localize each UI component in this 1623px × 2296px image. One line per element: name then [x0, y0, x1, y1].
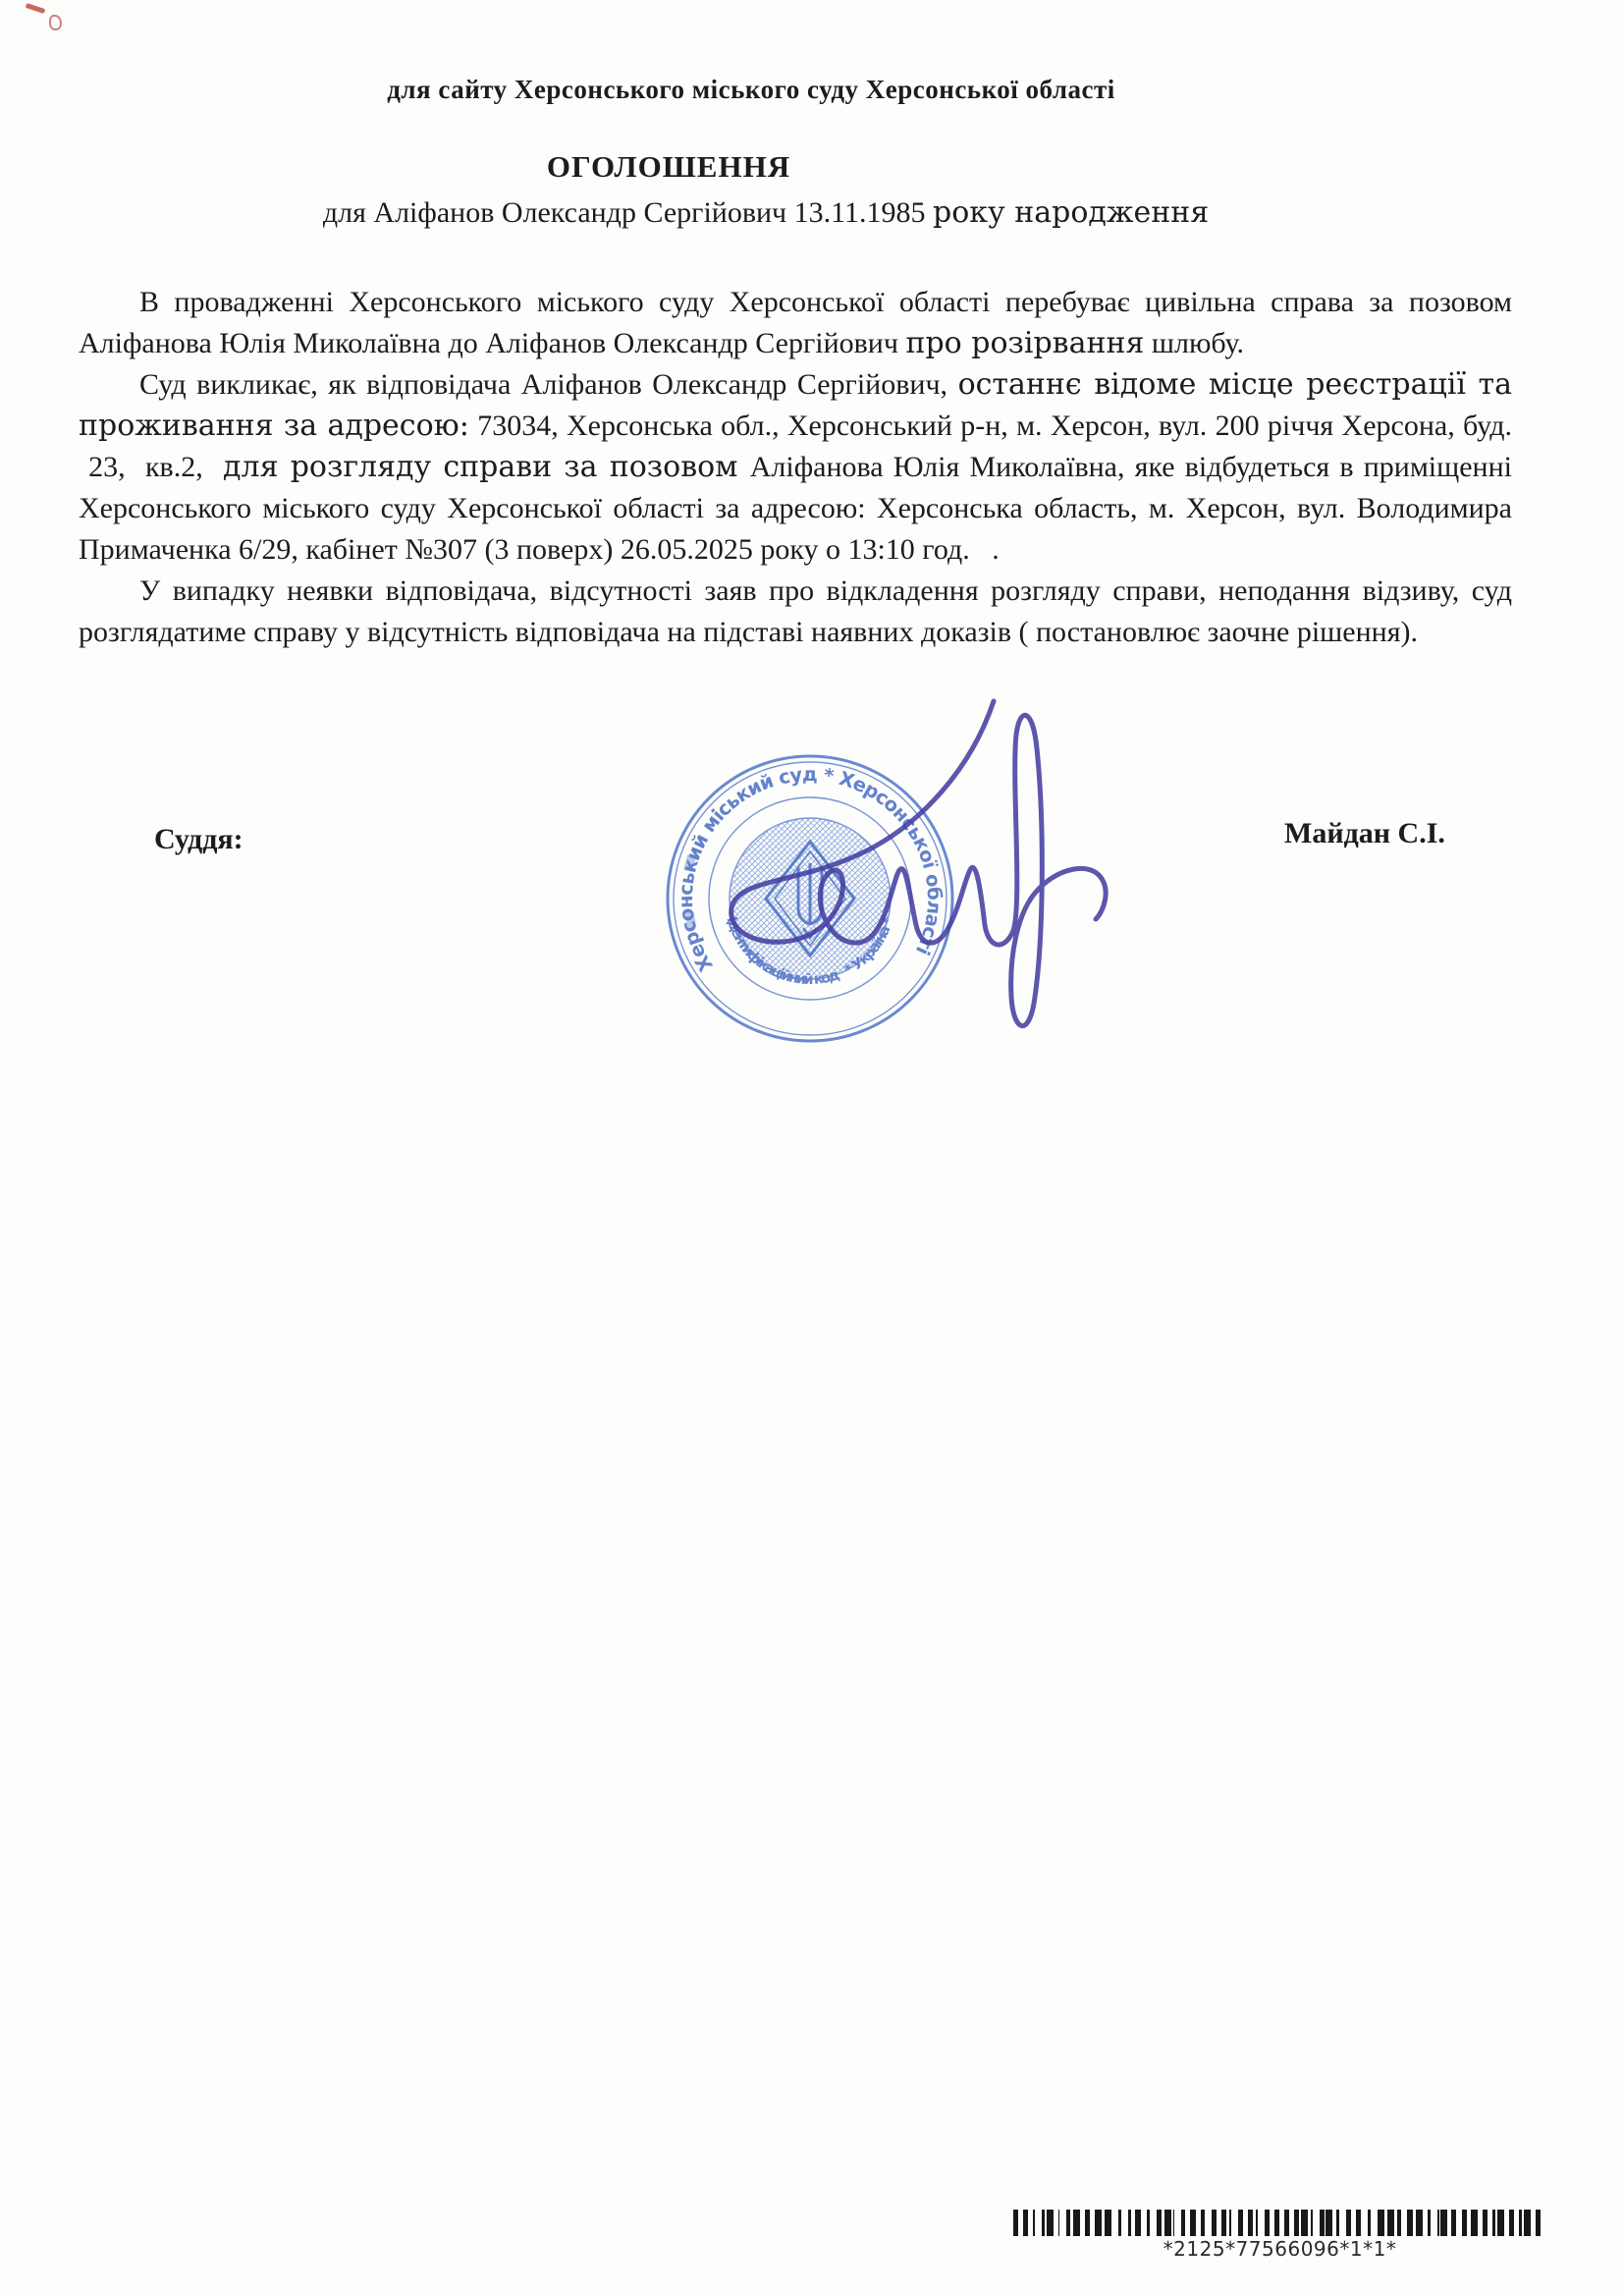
barcode-bar	[1135, 2210, 1142, 2236]
text-run: У випадку неявки відповідача, відсутност…	[79, 574, 1512, 648]
barcode-bar	[1524, 2210, 1531, 2236]
text-run: Суд викликає, як відповідача Аліфанов Ол…	[139, 368, 958, 401]
doc-header: для сайту Херсонського міського суду Хер…	[0, 75, 1502, 105]
barcode-space	[1431, 2210, 1437, 2236]
doc-title: ОГОЛОШЕННЯ	[0, 149, 1337, 185]
barcode-space	[1541, 2210, 1545, 2236]
document-page: для сайту Херсонського міського суду Хер…	[0, 0, 1623, 2296]
barcode-bar	[1471, 2210, 1478, 2236]
barcode-space	[1456, 2210, 1463, 2236]
barcode-bar	[1190, 2210, 1197, 2236]
barcode: *2125*77566096*1*1*	[1013, 2210, 1546, 2261]
barcode-space	[1150, 2210, 1157, 2236]
barcode-space	[1205, 2210, 1212, 2236]
judge-name: Майдан С.І.	[1284, 817, 1445, 850]
scan-artifact	[26, 3, 46, 14]
paragraph: У випадку неявки відповідача, відсутност…	[79, 571, 1512, 653]
barcode-bar	[1073, 2210, 1080, 2236]
barcode-bar	[1095, 2210, 1102, 2236]
barcode-bar	[1301, 2210, 1308, 2236]
barcode-space	[1111, 2210, 1118, 2236]
text-run: року народження	[933, 195, 1209, 230]
paragraph: Суд викликає, як відповідача Аліфанов Ол…	[79, 364, 1512, 571]
text-run: В провадженні Херсонського міського суду…	[79, 286, 1512, 359]
barcode-bar	[1325, 2210, 1332, 2236]
barcode-bar	[1047, 2210, 1054, 2236]
text-run: шлюбу.	[1144, 327, 1244, 359]
barcode-space	[1035, 2210, 1042, 2236]
barcode-space	[1339, 2210, 1346, 2236]
barcode-space	[1371, 2210, 1378, 2236]
barcode-space	[1258, 2210, 1265, 2236]
barcode-bar	[1497, 2210, 1504, 2236]
barcode-bar	[1378, 2210, 1384, 2236]
barcode-space	[1059, 2210, 1066, 2236]
doc-body: В провадженні Херсонського міського суду…	[79, 282, 1512, 653]
barcode-space	[1121, 2210, 1128, 2236]
barcode-bar	[1164, 2210, 1171, 2236]
barcode-space	[1174, 2210, 1181, 2236]
judge-label: Суддя:	[154, 823, 243, 856]
barcode-bar	[1105, 2210, 1111, 2236]
text-run: для розгляду справи за позовом	[223, 450, 750, 484]
barcode-bar	[1387, 2210, 1394, 2236]
barcode-bars	[1013, 2210, 1546, 2236]
barcode-space	[1313, 2210, 1320, 2236]
barcode-space	[1401, 2210, 1408, 2236]
scan-artifact	[49, 15, 62, 30]
barcode-space	[1361, 2210, 1368, 2236]
text-run: для Аліфанов Олександр Сергійович 13.11.…	[323, 196, 933, 229]
text-run: про розірвання	[905, 326, 1144, 360]
paragraph: В провадженні Херсонського міського суду…	[79, 282, 1512, 364]
barcode-caption: *2125*77566096*1*1*	[1013, 2237, 1546, 2261]
doc-subtitle: для Аліфанов Олександр Сергійович 13.11.…	[0, 195, 1532, 230]
signature-ink	[638, 687, 1159, 1051]
barcode-bar	[1440, 2210, 1447, 2236]
barcode-bar	[1416, 2210, 1423, 2236]
barcode-space	[1231, 2210, 1238, 2236]
